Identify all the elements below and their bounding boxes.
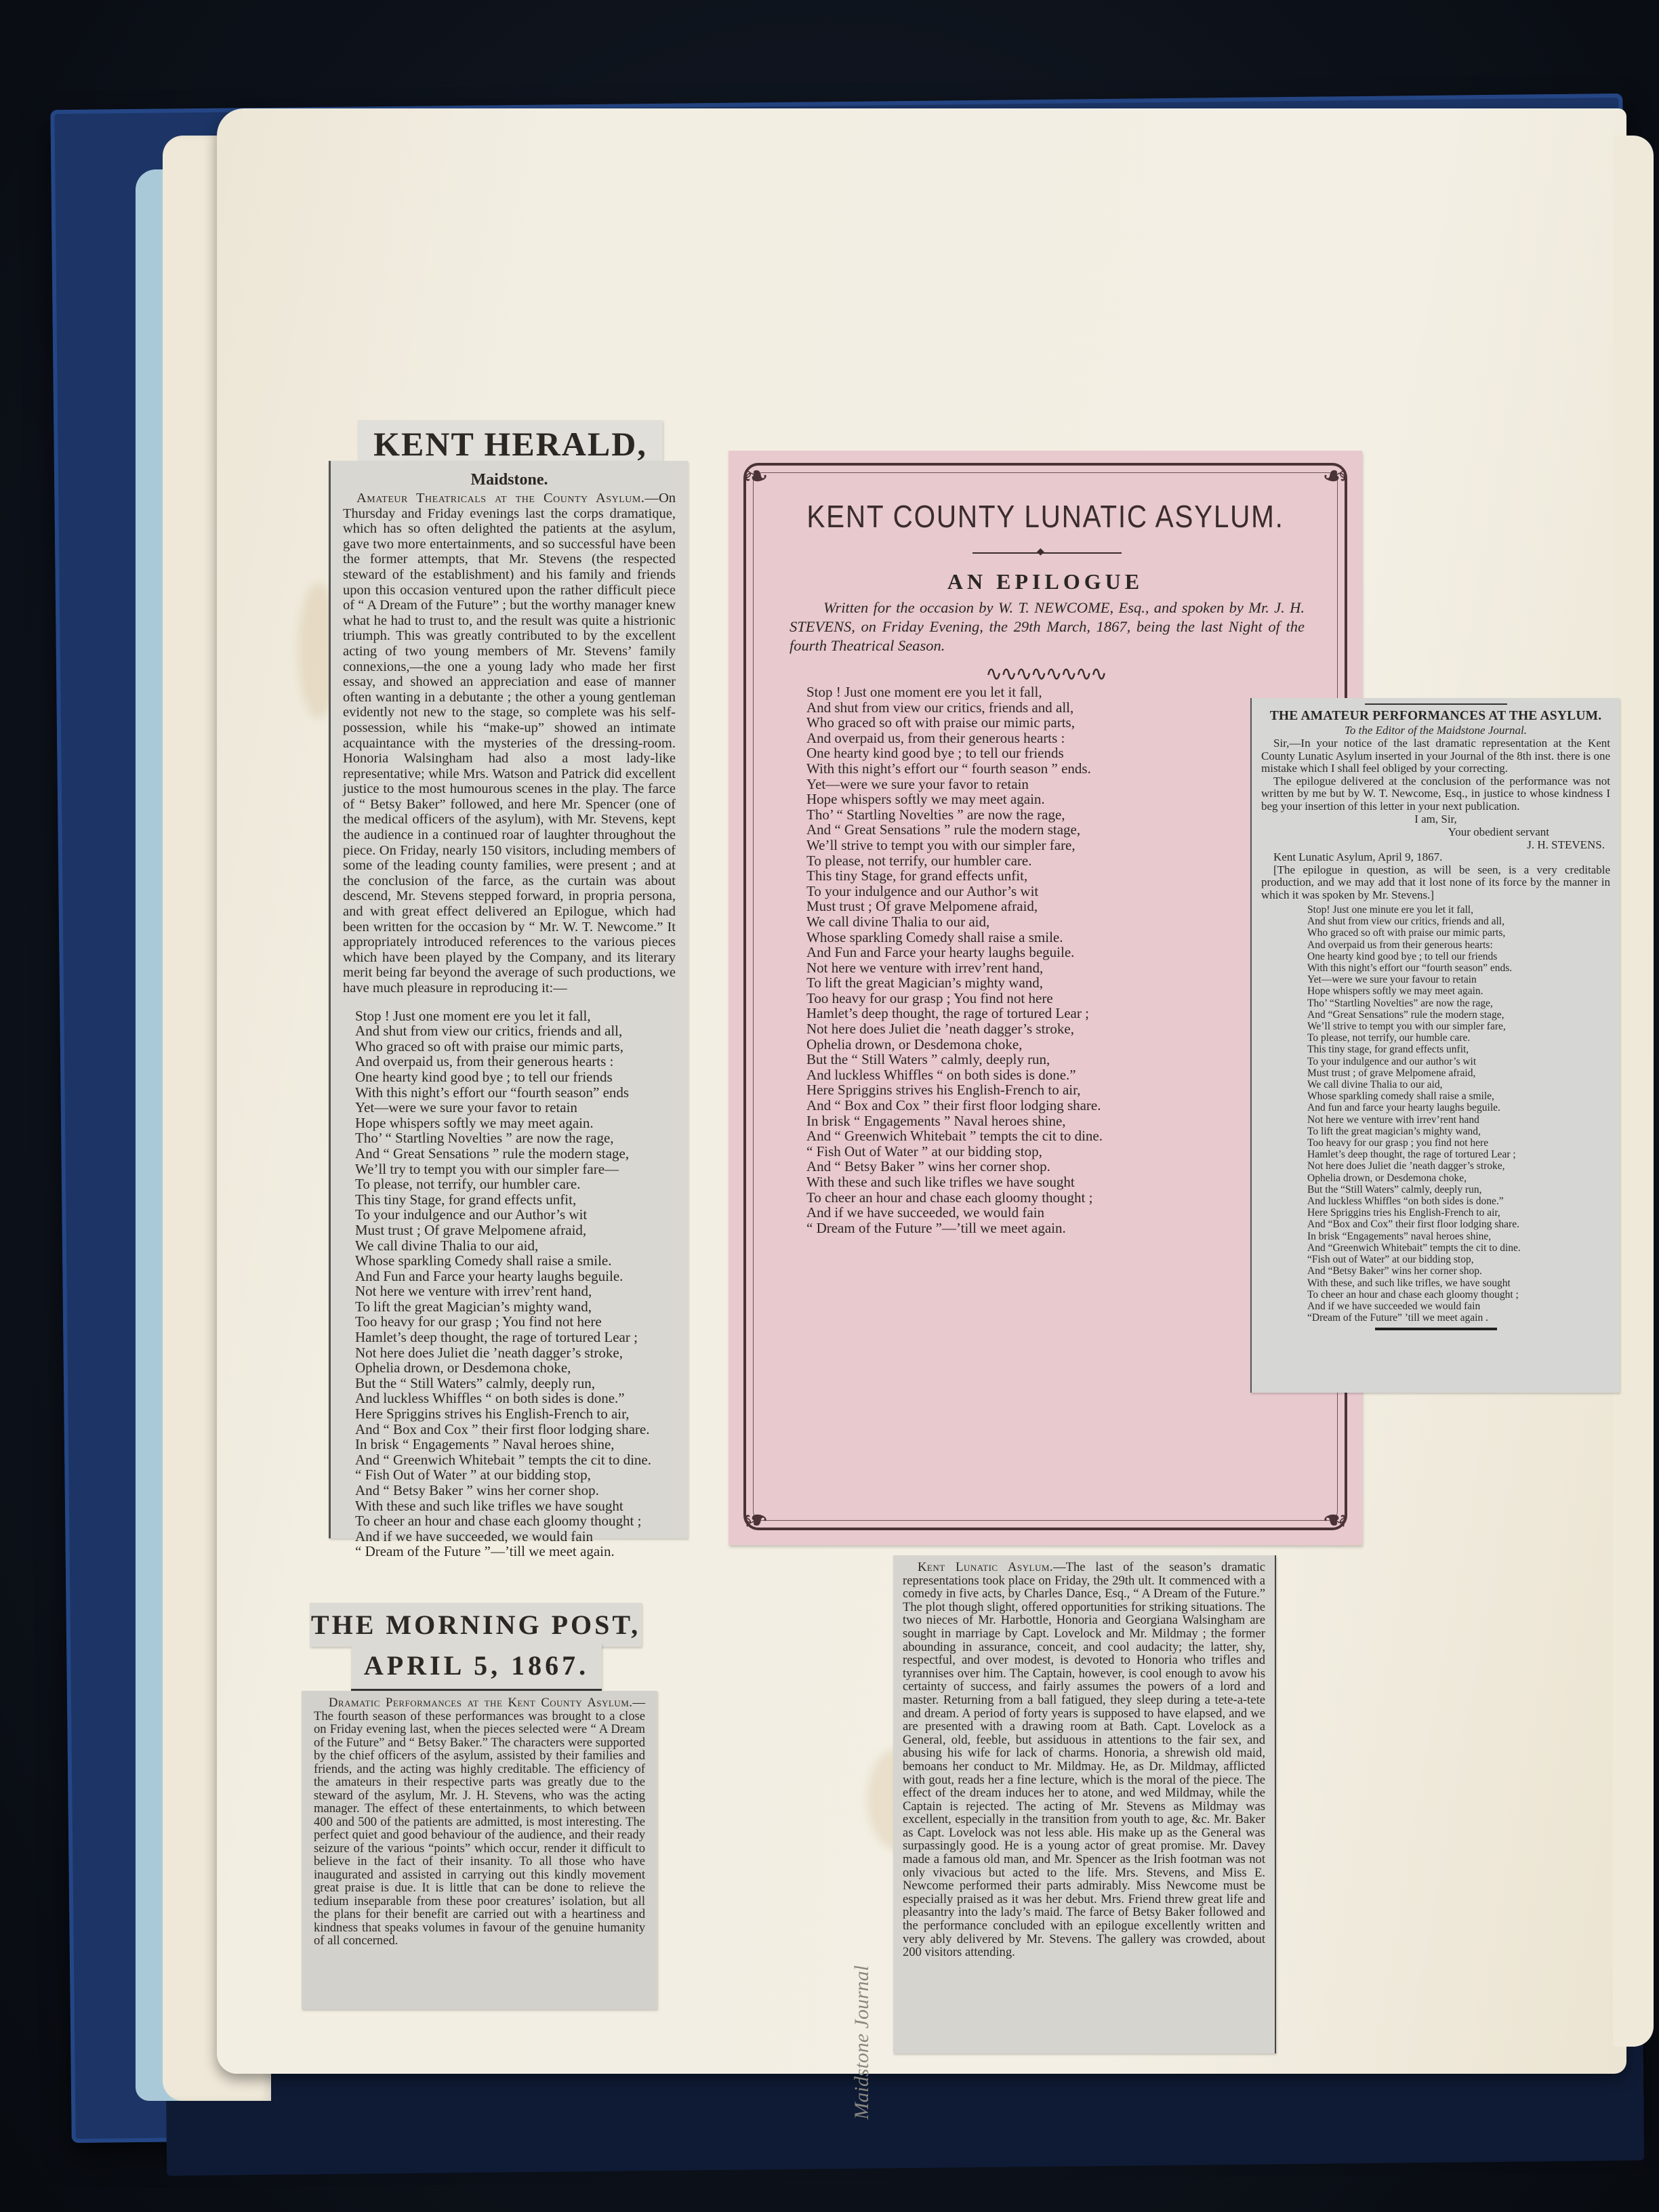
end-rule	[1375, 1328, 1497, 1330]
corner-ornament-icon: ❧	[735, 456, 776, 497]
verse-line: Too heavy for our grasp ; You find not h…	[355, 1314, 676, 1330]
handwritten-label: Maidstone Journal	[851, 1965, 878, 2142]
verse-line: Too heavy for our grasp ; You find not h…	[806, 991, 1103, 1006]
article-body: Kent Lunatic Asylum.—The last of the sea…	[903, 1561, 1265, 1959]
kent-herald-clipping: Maidstone. Amateur Theatricals at the Co…	[329, 461, 688, 1538]
letter-closing: Your obedient servant	[1261, 825, 1610, 838]
verse-line: And luckless Whiffles “on both sides is …	[1273, 1195, 1610, 1207]
verse-line: And “ Box and Cox ” their first floor lo…	[806, 1098, 1103, 1113]
verse-line: And “Box and Cox” their first floor lodg…	[1273, 1218, 1610, 1230]
verse-line: Yet—were we sure your favor to retain	[355, 1100, 676, 1115]
verse-line: Whose sparkling Comedy shall raise a smi…	[355, 1253, 676, 1269]
article-headline: Kent Lunatic Asylum.	[918, 1560, 1053, 1574]
verse-line: Who graced so oft with praise our mimic …	[806, 715, 1103, 731]
editor-note: [The epilogue in question, as will be se…	[1261, 864, 1610, 902]
verse-line: This tiny Stage, for grand effects unfit…	[806, 868, 1103, 884]
verse-line: But the “Still Waters” calmly, deeply ru…	[1273, 1184, 1610, 1195]
verse-line: And “Greenwich Whitebait” tempts the cit…	[1273, 1242, 1610, 1254]
corner-ornament-icon: ❧	[1315, 1499, 1355, 1540]
article-body: Dramatic Performances at the Kent County…	[314, 1696, 645, 1948]
verse-line: Hope whispers softly we may meet again.	[355, 1115, 676, 1131]
verse-line: One hearty kind good bye ; to tell our f…	[806, 745, 1103, 761]
verse-line: We call divine Thalia to our aid,	[355, 1238, 676, 1254]
verse-line: Here Spriggins tries his English-French …	[1273, 1207, 1610, 1218]
verse-line: To please, not terrify, our humble care.	[1273, 1032, 1610, 1044]
letter-paragraph: Sir,—In your notice of the last dramatic…	[1261, 737, 1610, 775]
verse-line: Not here we venture with irrev’rent hand…	[806, 960, 1103, 976]
morning-post-masthead: THE MORNING POST,	[310, 1603, 642, 1647]
handwritten-text: Maidstone Journal	[851, 1965, 874, 2119]
maidstone-journal-clipping: Kent Lunatic Asylum.—The last of the sea…	[893, 1555, 1276, 2053]
verse-line: And “ Greenwich Whitebait ” tempts the c…	[806, 1128, 1103, 1144]
diamond-rule	[972, 552, 1122, 554]
verse-line: Tho’ “ Startling Novelties ” are now the…	[355, 1130, 676, 1146]
verse-line: And “Great Sensations” rule the modern s…	[1273, 1009, 1610, 1021]
verse-line: To cheer an hour and chase each gloomy t…	[806, 1190, 1103, 1206]
verse-line: With these and such like trifles we have…	[806, 1174, 1103, 1190]
verse-line: “ Dream of the Future ”—’till we meet ag…	[355, 1544, 676, 1559]
verse-line: Not here we venture with irrev’rent hand…	[355, 1284, 676, 1299]
letter-paragraph: The epilogue delivered at the conclusion…	[1261, 775, 1610, 813]
verse-line: To please, not terrify, our humbler care…	[355, 1176, 676, 1192]
verse-line: Whose sparkling Comedy shall raise a smi…	[806, 930, 1103, 945]
article-headline: Amateur Theatricals at the County Asylum…	[356, 491, 644, 506]
verse-line: And “ Betsy Baker ” wins her corner shop…	[806, 1159, 1103, 1174]
verse-line: To please, not terrify, our humbler care…	[806, 853, 1103, 869]
verse-line: Yet—were we sure your favor to retain	[806, 777, 1103, 792]
verse-line: Here Spriggins strives his English-Frenc…	[355, 1406, 676, 1422]
verse-line: Stop! Just one minute ere you let it fal…	[1273, 904, 1610, 916]
sheet-title: KENT COUNTY LUNATIC ASYLUM.	[766, 498, 1324, 535]
verse-line: And “ Box and Cox ” their first floor lo…	[355, 1422, 676, 1437]
verse-line: And shut from view our critics, friends …	[806, 700, 1103, 716]
epilogue-verse: Stop! Just one minute ere you let it fal…	[1261, 904, 1610, 1324]
verse-line: Must trust ; Of grave Melpomene afraid,	[806, 899, 1103, 914]
verse-line: And shut from view our critics, friends …	[1273, 916, 1610, 927]
verse-line: Hope whispers softly we may meet again.	[1273, 985, 1610, 997]
verse-line: To lift the great Magician’s mighty wand…	[806, 975, 1103, 991]
verse-line: To your indulgence and our author’s wit	[1273, 1056, 1610, 1067]
verse-line: But the “ Still Waters ” calmly, deeply …	[806, 1052, 1103, 1067]
verse-line: Not here does Juliet die ’neath dagger’s…	[355, 1345, 676, 1361]
verse-line: Here Spriggins strives his English-Frenc…	[806, 1082, 1103, 1098]
verse-line: Ophelia drown, or Desdemona choke,	[355, 1360, 676, 1376]
verse-line: We call divine Thalia to our aid,	[1273, 1079, 1610, 1090]
verse-line: But the “ Still Waters” calmly, deeply r…	[355, 1376, 676, 1391]
verse-line: In brisk “ Engagements ” Naval heroes sh…	[355, 1437, 676, 1452]
verse-line: “ Fish Out of Water ” at our bidding sto…	[806, 1144, 1103, 1160]
verse-line: And overpaid us, from their generous hea…	[806, 731, 1103, 746]
verse-line: To your indulgence and our Author’s wit	[806, 884, 1103, 899]
verse-line: And “ Great Sensations ” rule the modern…	[806, 822, 1103, 838]
letter-signature: J. H. STEVENS.	[1261, 838, 1610, 851]
verse-line: This tiny Stage, for grand effects unfit…	[355, 1192, 676, 1208]
verse-line: Hamlet’s deep thought, the rage of tortu…	[1273, 1149, 1610, 1160]
verse-line: With this night’s effort our “fourth sea…	[1273, 962, 1610, 974]
letter-dateline: Kent Lunatic Asylum, April 9, 1867.	[1261, 851, 1610, 864]
verse-line: And “ Great Sensations ” rule the modern…	[355, 1146, 676, 1162]
verse-line: And “ Betsy Baker ” wins her corner shop…	[355, 1483, 676, 1498]
verse-line: “Fish out of Water” at our bidding stop,	[1273, 1254, 1610, 1265]
rule-divider	[1365, 703, 1507, 705]
verse-line: To cheer an hour and chase each gloomy t…	[1273, 1289, 1610, 1300]
morning-post-clipping: Dramatic Performances at the Kent County…	[302, 1691, 657, 2009]
verse-line: And if we have succeeded, we would fain	[806, 1205, 1103, 1221]
verse-line: Whose sparkling comedy shall raise a smi…	[1273, 1090, 1610, 1102]
verse-line: We call divine Thalia to our aid,	[806, 914, 1103, 930]
corner-ornament-icon: ❧	[1315, 456, 1355, 497]
verse-line: Who graced so oft with praise our mimic …	[1273, 927, 1610, 939]
verse-line: And Fun and Farce your hearty laughs beg…	[355, 1269, 676, 1284]
morning-post-date: APRIL 5, 1867.	[351, 1643, 602, 1691]
verse-line: Hope whispers softly we may meet again.	[806, 792, 1103, 807]
epilogue-verse: Stop ! Just one moment ere you let it fa…	[806, 684, 1103, 1235]
verse-line: With this night’s effort our “ fourth se…	[806, 761, 1103, 777]
verse-line: And shut from view our critics, friends …	[355, 1023, 676, 1039]
verse-line: And luckless Whiffles “ on both sides is…	[806, 1067, 1103, 1083]
epilogue-verse: Stop ! Just one moment ere you let it fa…	[343, 1008, 676, 1559]
verse-line: And luckless Whiffles “ on both sides is…	[355, 1391, 676, 1406]
verse-line: Not here does Juliet die ’neath dagger’s…	[806, 1021, 1103, 1037]
verse-line: And fun and farce your hearty laughs beg…	[1273, 1102, 1610, 1113]
verse-line: We’ll strive to tempt you with our simpl…	[1273, 1021, 1610, 1032]
verse-line: With this night’s effort our “fourth sea…	[355, 1085, 676, 1101]
verse-line: We’ll strive to tempt you with our simpl…	[806, 838, 1103, 853]
verse-line: And overpaid us, from their generous hea…	[355, 1054, 676, 1069]
verse-line: Ophelia drown, or Desdemona choke,	[806, 1037, 1103, 1052]
article-headline: Dramatic Performances at the Kent County…	[329, 1696, 632, 1710]
verse-line: Must trust ; Of grave Melpomene afraid,	[355, 1223, 676, 1238]
verse-line: And overpaid us from their generous hear…	[1273, 939, 1610, 951]
verse-line: Who graced so oft with praise our mimic …	[355, 1039, 676, 1054]
article-body: Amateur Theatricals at the County Asylum…	[343, 491, 676, 996]
letter-subtitle: To the Editor of the Maidstone Journal.	[1261, 724, 1610, 737]
verse-line: And if we have succeeded we would fain	[1273, 1300, 1610, 1312]
author-credit: Written for the occasion by W. T. NEWCOM…	[790, 598, 1305, 655]
verse-line: In brisk “Engagements” naval heroes shin…	[1273, 1231, 1610, 1242]
letter-to-editor-clipping: THE AMATEUR PERFORMANCES AT THE ASYLUM. …	[1250, 698, 1620, 1393]
verse-line: To cheer an hour and chase each gloomy t…	[355, 1513, 676, 1529]
verse-line: Hamlet’s deep thought, the rage of tortu…	[355, 1330, 676, 1345]
verse-line: Ophelia drown, or Desdemona choke,	[1273, 1172, 1610, 1184]
verse-line: Not here we venture with irrev’rent hand	[1273, 1114, 1610, 1126]
verse-line: Tho’ “Startling Novelties” are now the r…	[1273, 998, 1610, 1009]
verse-line: And “Betsy Baker” wins her corner shop.	[1273, 1265, 1610, 1277]
verse-line: To your indulgence and our Author’s wit	[355, 1207, 676, 1223]
verse-line: “ Fish Out of Water ” at our bidding sto…	[355, 1467, 676, 1483]
verse-line: One hearty kind good bye ; to tell our f…	[355, 1069, 676, 1085]
verse-line: Not here does Juliet die ’neath dagger’s…	[1273, 1160, 1610, 1172]
letter-title: THE AMATEUR PERFORMANCES AT THE ASYLUM.	[1261, 709, 1610, 724]
verse-line: This tiny stage, for grand effects unfit…	[1273, 1044, 1610, 1055]
clipping-subhead: Maidstone.	[343, 469, 676, 491]
verse-line: Yet—were we sure your favour to retain	[1273, 974, 1610, 985]
verse-line: And “ Greenwich Whitebait ” tempts the c…	[355, 1452, 676, 1468]
verse-line: And Fun and Farce your hearty laughs beg…	[806, 945, 1103, 960]
verse-line: Must trust ; of grave Melpomene afraid,	[1273, 1067, 1610, 1079]
verse-line: With these and such like trifles we have…	[355, 1498, 676, 1514]
letter-closing: I am, Sir,	[1261, 813, 1610, 825]
wave-divider-icon: ∿∿∿∿∿∿∿∿	[729, 662, 1362, 686]
verse-line: Hamlet’s deep thought, the rage of tortu…	[806, 1006, 1103, 1021]
sheet-heading: AN EPILOGUE	[729, 569, 1362, 594]
verse-line: Tho’ “ Startling Novelties ” are now the…	[806, 807, 1103, 823]
verse-line: “Dream of the Future” ’till we meet agai…	[1273, 1312, 1610, 1324]
verse-line: One hearty kind good bye ; to tell our f…	[1273, 951, 1610, 962]
verse-line: With these, and such like trifles, we ha…	[1273, 1277, 1610, 1289]
verse-line: Too heavy for our grasp ; you find not h…	[1273, 1137, 1610, 1149]
corner-ornament-icon: ❧	[735, 1499, 776, 1540]
masthead-title: THE MORNING POST,	[310, 1603, 642, 1647]
verse-line: Stop ! Just one moment ere you let it fa…	[355, 1008, 676, 1024]
verse-line: And if we have succeeded, we would fain	[355, 1529, 676, 1544]
verse-line: We’ll try to tempt you with our simpler …	[355, 1162, 676, 1177]
verse-line: In brisk “ Engagements ” Naval heroes sh…	[806, 1113, 1103, 1129]
verse-line: To lift the great magician’s mighty wand…	[1273, 1126, 1610, 1137]
verse-line: “ Dream of the Future ”—’till we meet ag…	[806, 1221, 1103, 1236]
masthead-date: APRIL 5, 1867.	[351, 1643, 602, 1687]
verse-line: To lift the great Magician’s mighty wand…	[355, 1299, 676, 1315]
verse-line: Stop ! Just one moment ere you let it fa…	[806, 684, 1103, 700]
